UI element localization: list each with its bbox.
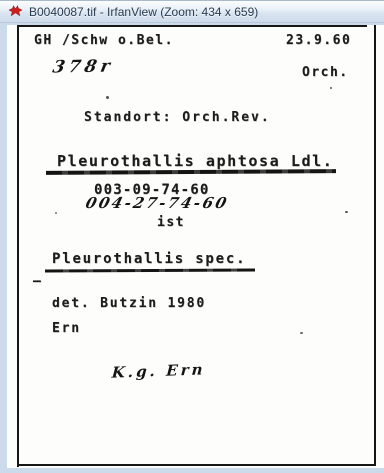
- label-date: 23.9.60: [286, 33, 351, 48]
- image-viewport[interactable]: GH /Schw o.Bel. 23.9.60 378r Orch. Stand…: [0, 24, 384, 473]
- scan-edge-right: [374, 25, 376, 466]
- label-standort: Standort: Orch.Rev.: [84, 110, 271, 125]
- label-signature-handwritten: K.g. Ern: [111, 360, 206, 381]
- label-collection-number-handwritten: 378r: [51, 56, 116, 77]
- label-species-revised: Pleurothallis spec.: [52, 251, 246, 267]
- photocopy-speck: [345, 211, 348, 213]
- label-group: Orch.: [302, 65, 349, 80]
- scanned-label-card: [7, 25, 384, 468]
- label-determination: det. Butzin 1980: [52, 296, 206, 311]
- label-accession-handwritten: 004-27-74-60: [84, 194, 231, 212]
- photocopy-speck: [55, 212, 57, 214]
- label-species-original: Pleurothallis aphtosa Ldl.: [57, 152, 333, 170]
- titlebar[interactable]: B0040087.tif - IrfanView (Zoom: 434 x 65…: [0, 0, 384, 23]
- irfanview-bat-icon[interactable]: [8, 4, 23, 19]
- scan-edge-bottom: [17, 464, 376, 466]
- label-ist: ist: [157, 215, 185, 230]
- label-garden-code: GH /Schw o.Bel.: [34, 33, 174, 48]
- photocopy-speck: [106, 96, 109, 99]
- label-margin-dash: —: [33, 274, 41, 289]
- window-title: B0040087.tif - IrfanView (Zoom: 434 x 65…: [29, 5, 258, 19]
- photocopy-speck: [300, 332, 303, 334]
- irfanview-window: B0040087.tif - IrfanView (Zoom: 434 x 65…: [0, 0, 384, 473]
- label-collector: Ern: [52, 321, 81, 336]
- photocopy-speck: [330, 87, 332, 89]
- scan-edge-top: [17, 25, 367, 27]
- scan-edge-left: [17, 27, 19, 467]
